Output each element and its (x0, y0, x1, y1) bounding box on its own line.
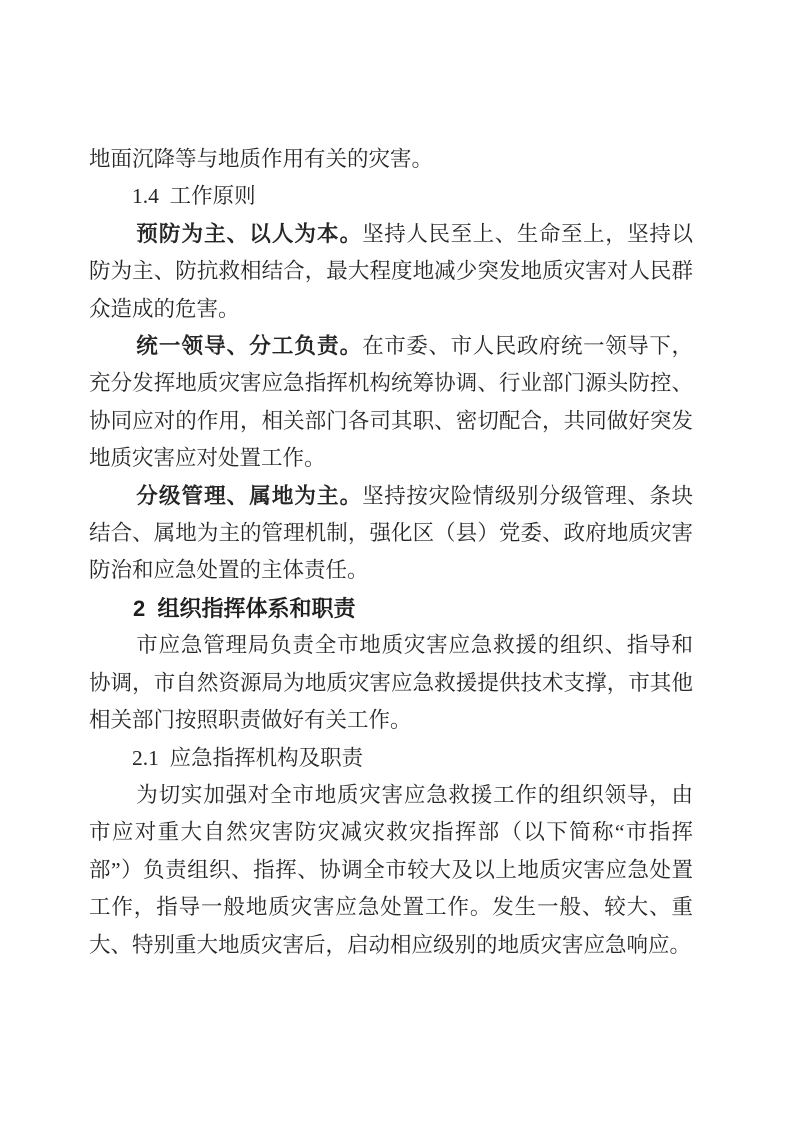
document-page: 地面沉降等与地质作用有关的灾害。1.4 工作原则预防为主、以人为本。坚持人民至上… (0, 0, 793, 1122)
paragraph-text: 市应急管理局负责全市地质灾害应急救援的组织、指导和协调，市自然资源局为地质灾害应… (89, 633, 693, 732)
paragraph-lead: 分级管理、属地为主。 (136, 484, 362, 508)
subsection-heading: 1.4 工作原则 (89, 178, 693, 215)
paragraph-lead: 统一领导、分工负责。 (136, 334, 362, 358)
paragraph-lead: 预防为主、以人为本。 (136, 222, 362, 246)
paragraph: 为切实加强对全市地质灾害应急救援工作的组织领导，由市应对重大自然灾害防灾减灾救灾… (89, 777, 693, 964)
document-content: 地面沉降等与地质作用有关的灾害。1.4 工作原则预防为主、以人为本。坚持人民至上… (89, 141, 693, 964)
paragraph: 分级管理、属地为主。坚持按灾险情级别分级管理、条块结合、属地为主的管理机制，强化… (89, 478, 693, 590)
paragraph: 市应急管理局负责全市地质灾害应急救援的组织、指导和协调，市自然资源局为地质灾害应… (89, 627, 693, 739)
paragraph-text: 为切实加强对全市地质灾害应急救援工作的组织领导，由市应对重大自然灾害防灾减灾救灾… (89, 783, 693, 957)
section-heading: 2 组织指挥体系和职责 (89, 590, 693, 627)
paragraph: 地面沉降等与地质作用有关的灾害。 (89, 141, 693, 178)
paragraph-text: 地面沉降等与地质作用有关的灾害。 (89, 147, 433, 171)
paragraph: 预防为主、以人为本。坚持人民至上、生命至上，坚持以防为主、防抗救相结合，最大程度… (89, 216, 693, 328)
subsection-heading: 2.1 应急指挥机构及职责 (89, 740, 693, 777)
paragraph: 统一领导、分工负责。在市委、市人民政府统一领导下，充分发挥地质灾害应急指挥机构统… (89, 328, 693, 478)
